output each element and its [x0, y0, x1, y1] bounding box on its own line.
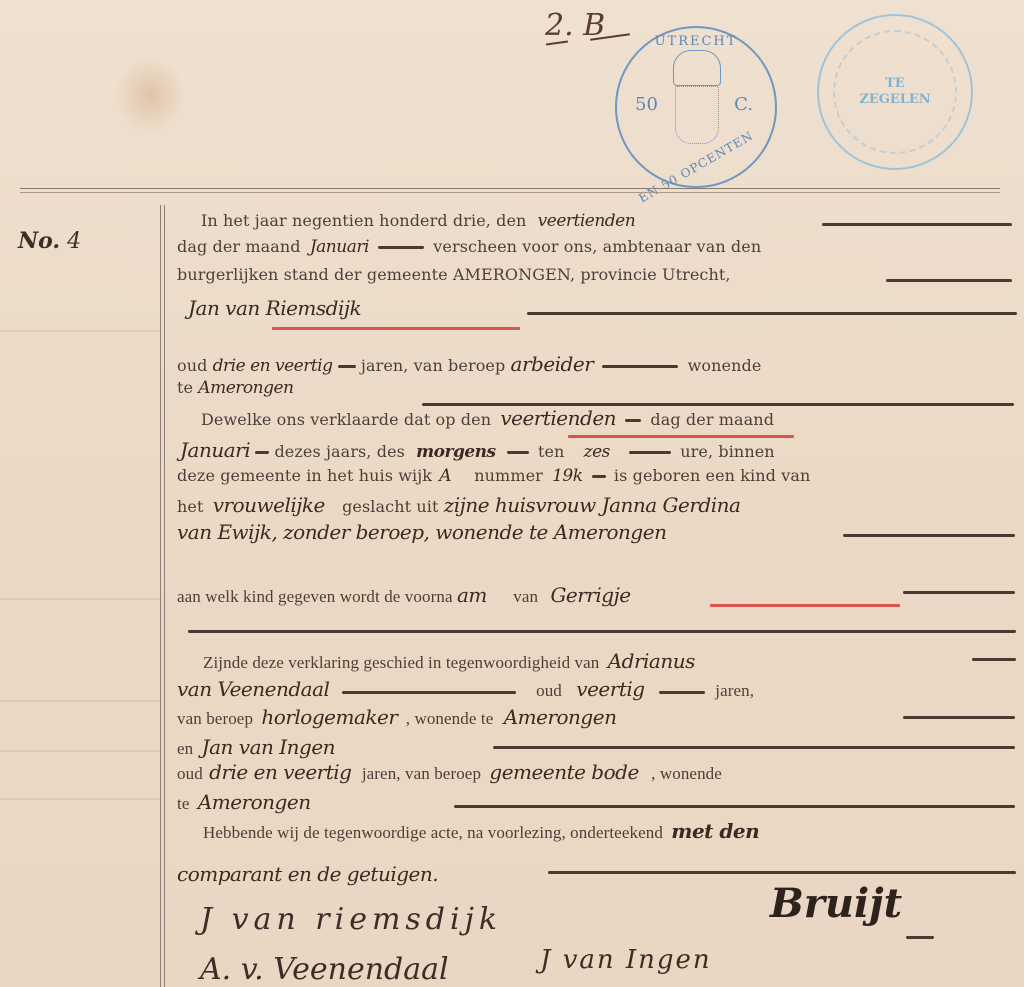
header-rule: [20, 188, 1000, 189]
record-line-13: Zijnde deze verklaring geschied in tegen…: [203, 649, 695, 673]
handwritten-day: veertienden: [538, 211, 636, 231]
handwritten-witness2-name: Jan van Ingen: [202, 735, 335, 759]
record-line-7: Dewelke ons verklaarde dat op den veerti…: [201, 406, 774, 430]
handwritten-ward: A: [439, 466, 451, 486]
printed-text: jaren,: [715, 681, 754, 700]
handwritten-fragment: am: [457, 583, 487, 607]
printed-text: te: [177, 378, 193, 397]
handwritten-witness1-first: Adrianus: [608, 649, 695, 673]
printed-text: aan welk kind gegeven wordt de voorna: [177, 587, 453, 606]
printed-text: oud: [177, 764, 203, 783]
handwritten-mother-details: van Ewijk, zonder beroep, wonende te Ame…: [177, 520, 666, 544]
handwritten-house-number: 19k: [552, 466, 582, 486]
signature-declarant: J van riemsdijk: [200, 902, 502, 937]
printed-text: Zijnde deze verklaring geschied in tegen…: [203, 653, 599, 672]
printed-text: In het jaar negentien honderd drie, den: [201, 211, 526, 230]
printed-text: te: [177, 794, 189, 813]
handwritten-residence: Amerongen: [198, 378, 293, 398]
handwritten-sex: vrouwelijke: [213, 493, 325, 517]
fill-line: [592, 475, 606, 478]
bleed-through-line: [0, 330, 160, 332]
entry-number-label: No.: [18, 228, 60, 254]
fill-line: [548, 871, 1016, 874]
stamp-currency: C.: [734, 94, 753, 115]
handwritten-witness1-occupation: horlogemaker: [261, 705, 397, 729]
tax-stamp: UTRECHT 50 C. EN 50 OPCENTEN: [615, 26, 777, 188]
printed-text: jaren, van beroep: [362, 764, 481, 783]
printed-text: nummer: [474, 466, 543, 485]
printed-text: geslacht uit: [342, 497, 438, 516]
fill-line: [659, 691, 705, 694]
bleed-through-line: [0, 798, 160, 800]
fill-line: [886, 279, 1012, 282]
handwritten-hour: zes: [584, 442, 610, 462]
crown-icon: [673, 50, 721, 86]
printed-text: Dewelke ons verklaarde dat op den: [201, 410, 491, 429]
signature-flourish: [906, 936, 934, 939]
printed-text: en: [177, 739, 193, 758]
record-line-8: Januari dezes jaars, des morgens ten zes…: [180, 438, 775, 462]
printed-text: burgerlijken stand der gemeente AMERONGE…: [177, 265, 731, 284]
bleed-through-line: [0, 700, 160, 702]
record-line-15: van beroep horlogemaker , wonende te Ame…: [177, 705, 616, 729]
handwritten-witness2-age: drie en veertig: [209, 760, 351, 784]
record-line-2: dag der maand Januari verscheen voor ons…: [177, 237, 761, 257]
fill-line: [822, 223, 1012, 226]
fill-line: [188, 630, 1016, 633]
header-rule: [20, 192, 1000, 193]
fill-line: [629, 451, 671, 454]
fill-line: [338, 365, 356, 368]
handwritten-birth-month: Januari: [180, 438, 250, 462]
record-line-5: oud drie en veertig jaren, van beroep ar…: [177, 352, 761, 376]
handwritten-witness1-age: veertig: [576, 677, 644, 701]
record-line-20: comparant en de getuigen.: [177, 862, 438, 886]
record-line-3: burgerlijken stand der gemeente AMERONGE…: [177, 265, 731, 284]
signature-witness2: J van Ingen: [540, 945, 712, 975]
margin-rule: [160, 205, 161, 987]
fill-line: [507, 451, 529, 454]
fill-line: [903, 591, 1015, 594]
bleed-through-line: [0, 598, 160, 600]
fill-line: [527, 312, 1017, 315]
record-line-18: te Amerongen: [177, 790, 311, 814]
seal-stamp: TE ZEGELEN: [817, 14, 973, 170]
stamp-region-text: UTRECHT: [617, 34, 775, 49]
printed-text: verscheen voor ons, ambtenaar van den: [433, 237, 761, 256]
handwritten-closing-continued: comparant en de getuigen.: [177, 862, 438, 886]
record-line-16: en Jan van Ingen: [177, 735, 335, 759]
record-line-1: In het jaar negentien honderd drie, den …: [201, 211, 635, 231]
handwritten-witness1-surname: van Veenendaal: [177, 677, 329, 701]
printed-text: ure, binnen: [680, 442, 774, 461]
record-line-4: Jan van Riemsdijk: [188, 296, 361, 320]
fill-line: [903, 716, 1015, 719]
stamp-value: 50: [635, 94, 658, 115]
entry-number: No. 4: [18, 228, 81, 254]
printed-text: , wonende: [651, 764, 722, 783]
handwritten-occupation: arbeider: [511, 352, 594, 376]
fill-line: [342, 691, 516, 694]
record-line-11: van Ewijk, zonder beroep, wonende te Ame…: [177, 520, 666, 544]
fill-line: [255, 451, 269, 454]
printed-text: ten: [538, 442, 565, 461]
fill-line: [972, 658, 1016, 661]
coat-of-arms-icon: [675, 86, 719, 144]
handwritten-age: drie en veertig: [213, 356, 333, 376]
fill-line: [602, 365, 678, 368]
handwritten-birth-day: veertienden: [500, 406, 616, 430]
record-line-14: van Veenendaal oud veertig jaren,: [177, 677, 754, 701]
printed-text: oud: [177, 356, 207, 375]
fill-line: [493, 746, 1015, 749]
printed-text: jaren, van beroep: [361, 356, 505, 375]
printed-text: oud: [536, 681, 562, 700]
printed-text: het: [177, 497, 204, 516]
record-line-12: aan welk kind gegeven wordt de voorna am…: [177, 583, 631, 607]
handwritten-witness2-occupation: gemeente bode: [489, 760, 638, 784]
signature-witness1: A. v. Veenendaal: [200, 952, 449, 987]
fill-line: [625, 419, 641, 422]
printed-text: wonende: [688, 356, 762, 375]
record-line-9: deze gemeente in het huis wijk A nummer …: [177, 466, 810, 486]
signature-official: Bruijt: [770, 880, 902, 927]
printed-text: dezes jaars, des: [274, 442, 405, 461]
red-underline: [710, 604, 900, 607]
handwritten-mother: zijne huisvrouw Janna Gerdina: [444, 493, 741, 517]
fill-line: [843, 534, 1015, 537]
entry-number-value: 4: [67, 229, 81, 254]
printed-text: dag der maand: [650, 410, 774, 429]
red-underline: [272, 327, 520, 330]
printed-text: dag der maand: [177, 237, 301, 256]
printed-text: deze gemeente in het huis wijk: [177, 466, 432, 485]
record-line-10: het vrouwelijke geslacht uit zijne huisv…: [177, 493, 740, 517]
handwritten-child-name: Gerrigje: [550, 583, 630, 607]
handwritten-declarant-name: Jan van Riemsdijk: [188, 296, 361, 320]
margin-rule: [164, 205, 165, 987]
fill-line: [454, 805, 1015, 808]
printed-text: is geboren een kind van: [614, 466, 810, 485]
printed-text: Hebbende wij de tegenwoordige acte, na v…: [203, 823, 663, 842]
printed-text: van: [513, 587, 538, 606]
printed-text: van beroep: [177, 709, 253, 728]
record-line-6: te Amerongen: [177, 378, 293, 398]
printed-text: , wonende te: [406, 709, 494, 728]
fill-line: [378, 246, 424, 249]
handwritten-month: Januari: [310, 237, 369, 257]
handwritten-witness1-residence: Amerongen: [504, 705, 617, 729]
seal-text-line1: TE: [885, 76, 905, 92]
record-line-17: oud drie en veertig jaren, van beroep ge…: [177, 760, 722, 784]
record-line-19: Hebbende wij de tegenwoordige acte, na v…: [203, 819, 759, 843]
handwritten-time-of-day: morgens: [416, 442, 495, 462]
handwritten-closing: met den: [671, 819, 759, 843]
seal-text-line2: ZEGELEN: [859, 92, 930, 108]
bleed-through-line: [0, 750, 160, 752]
handwritten-witness2-residence: Amerongen: [198, 790, 311, 814]
